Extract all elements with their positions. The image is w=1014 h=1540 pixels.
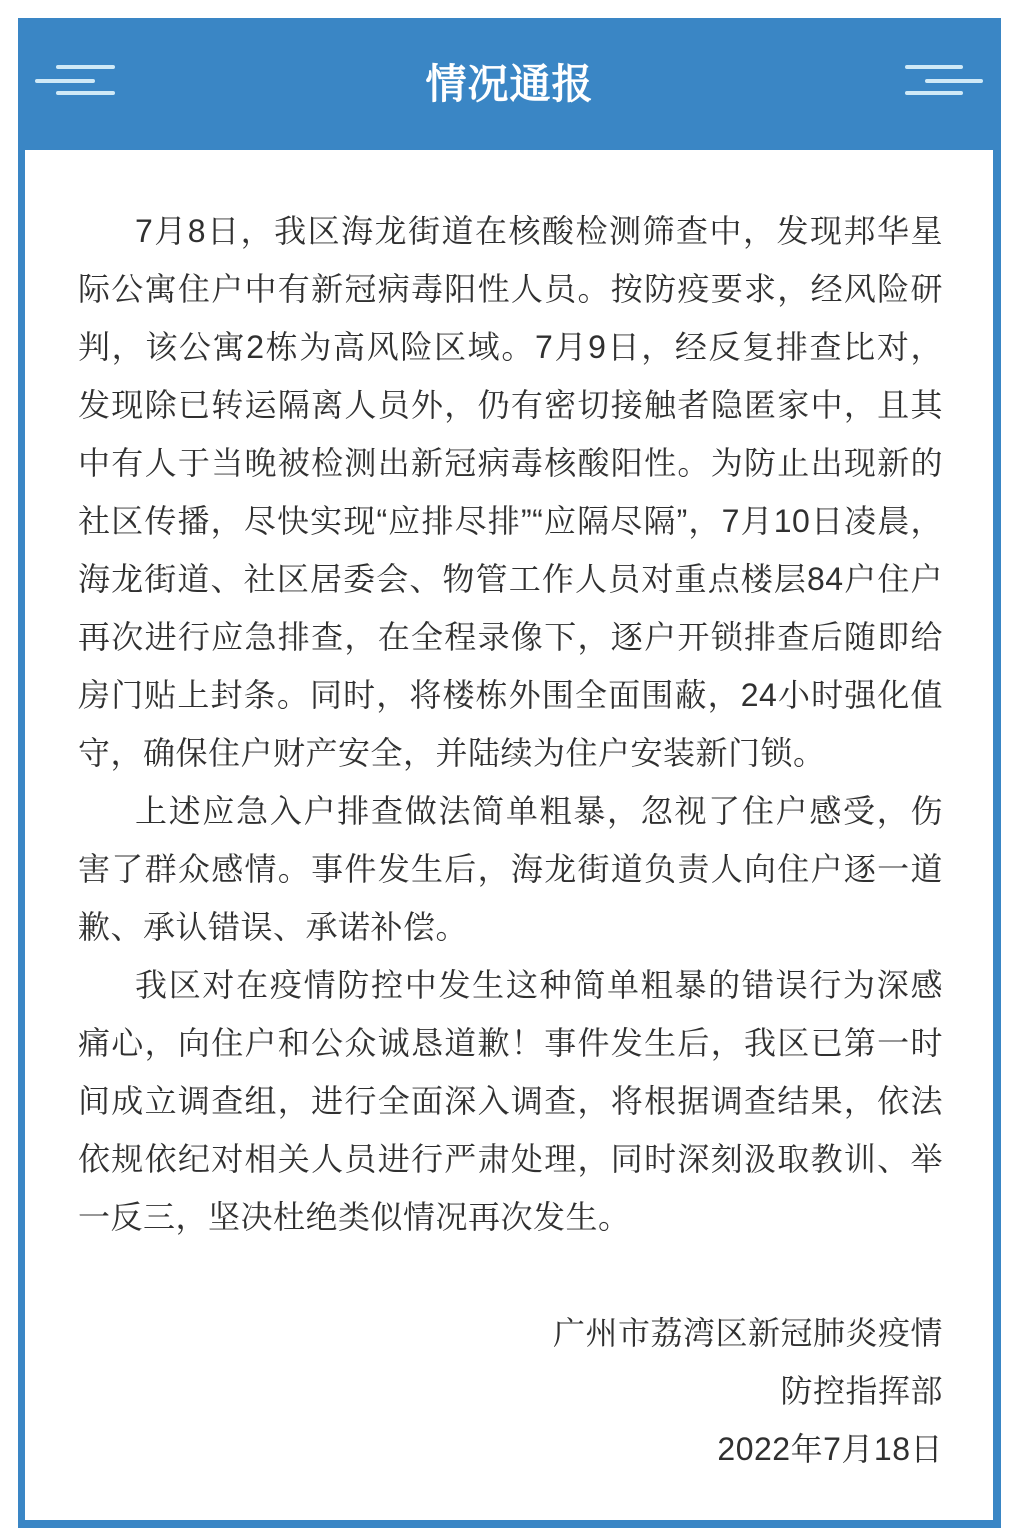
notice-content: 7月8日，我区海龙街道在核酸检测筛查中，发现邦华星际公寓住户中有新冠病毒阳性人员… xyxy=(25,150,993,1478)
notice-card: 情况通报 7月8日，我区海龙街道在核酸检测筛查中，发现邦华星际公寓住户中有新冠病… xyxy=(18,18,1001,1528)
notice-page: { "document": { "title": "情况通报", "paragr… xyxy=(0,0,1014,1540)
notice-title: 情况通报 xyxy=(18,18,1001,150)
decor-line xyxy=(56,91,115,95)
body-paragraph: 7月8日，我区海龙街道在核酸检测筛查中，发现邦华星际公寓住户中有新冠病毒阳性人员… xyxy=(78,202,943,782)
body-paragraph: 我区对在疫情防控中发生这种简单粗暴的错误行为深感痛心，向住户和公众诚恳道歉！事件… xyxy=(78,956,943,1246)
notice-body: 7月8日，我区海龙街道在核酸检测筛查中，发现邦华星际公寓住户中有新冠病毒阳性人员… xyxy=(18,150,1001,1528)
decor-line xyxy=(56,65,115,69)
decor-line xyxy=(905,65,963,69)
body-paragraph: 上述应急入户排查做法简单粗暴，忽视了住户感受，伤害了群众感情。事件发生后，海龙街… xyxy=(78,782,943,956)
decor-line xyxy=(35,79,95,83)
notice-header: 情况通报 xyxy=(18,18,1001,150)
decor-line xyxy=(925,79,983,83)
signature-date: 2022年7月18日 xyxy=(78,1420,943,1478)
signature-block: 广州市荔湾区新冠肺炎疫情 防控指挥部 2022年7月18日 xyxy=(78,1304,943,1478)
decor-line xyxy=(905,91,963,95)
signature-org-line-2: 防控指挥部 xyxy=(78,1362,943,1420)
signature-org-line-1: 广州市荔湾区新冠肺炎疫情 xyxy=(78,1304,943,1362)
